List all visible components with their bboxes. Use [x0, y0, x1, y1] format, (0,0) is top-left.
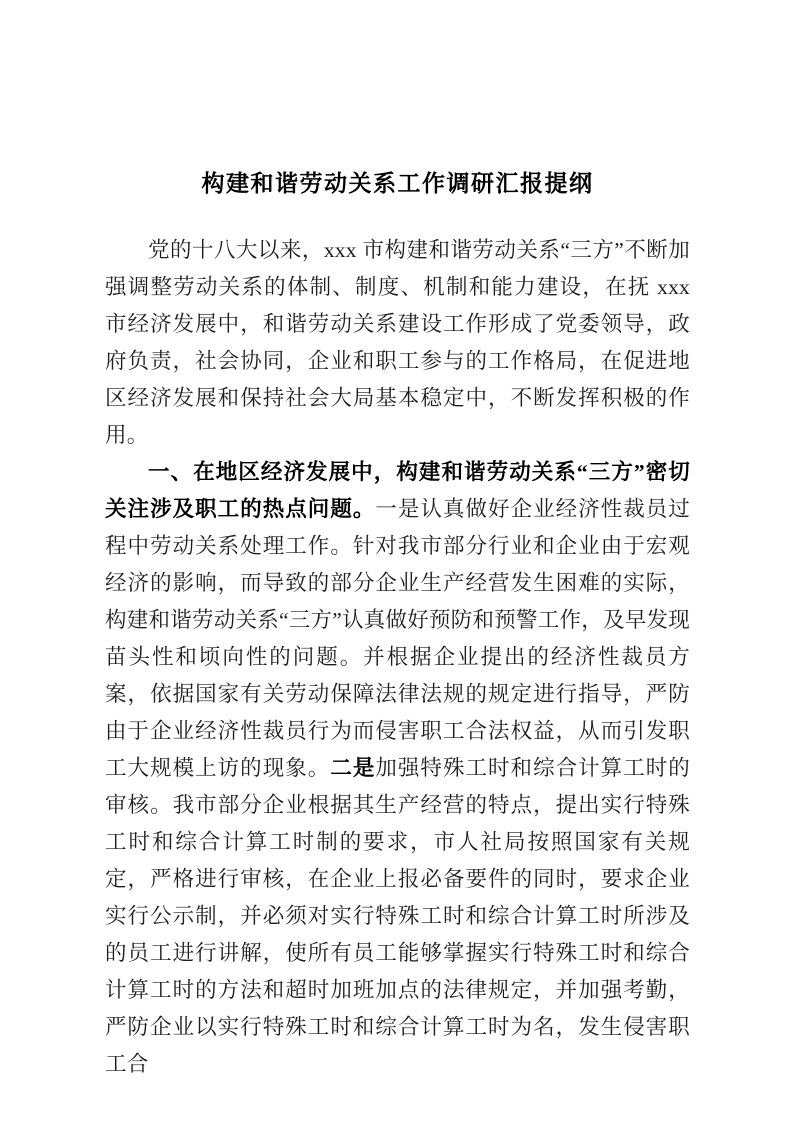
paragraph-intro: 党的十八大以来，xxx 市构建和谐劳动关系“三方”不断加强调整劳动关系的体制、制…: [105, 232, 690, 454]
text-run-point-two: 加强特殊工时和综合计算工时的审核。我市部分企业根据其生产经营的特点，提出实行特殊…: [105, 756, 690, 1076]
document-title: 构建和谐劳动关系工作调研汇报提纲: [105, 170, 690, 198]
text-run-point-one: 一是认真做好企业经济性裁员过程中劳动关系处理工作。针对我市部分行业和企业由于宏观…: [105, 497, 690, 780]
text-run-point-two-marker: 二是: [330, 756, 375, 780]
document-page: 构建和谐劳动关系工作调研汇报提纲 党的十八大以来，xxx 市构建和谐劳动关系“三…: [0, 0, 793, 1122]
paragraph-section-one: 一、在地区经济发展中，构建和谐劳动关系“三方”密切关注涉及职工的热点问题。一是认…: [105, 454, 690, 1083]
text-run-intro: 党的十八大以来，xxx 市构建和谐劳动关系“三方”不断加强调整劳动关系的体制、制…: [105, 238, 690, 447]
